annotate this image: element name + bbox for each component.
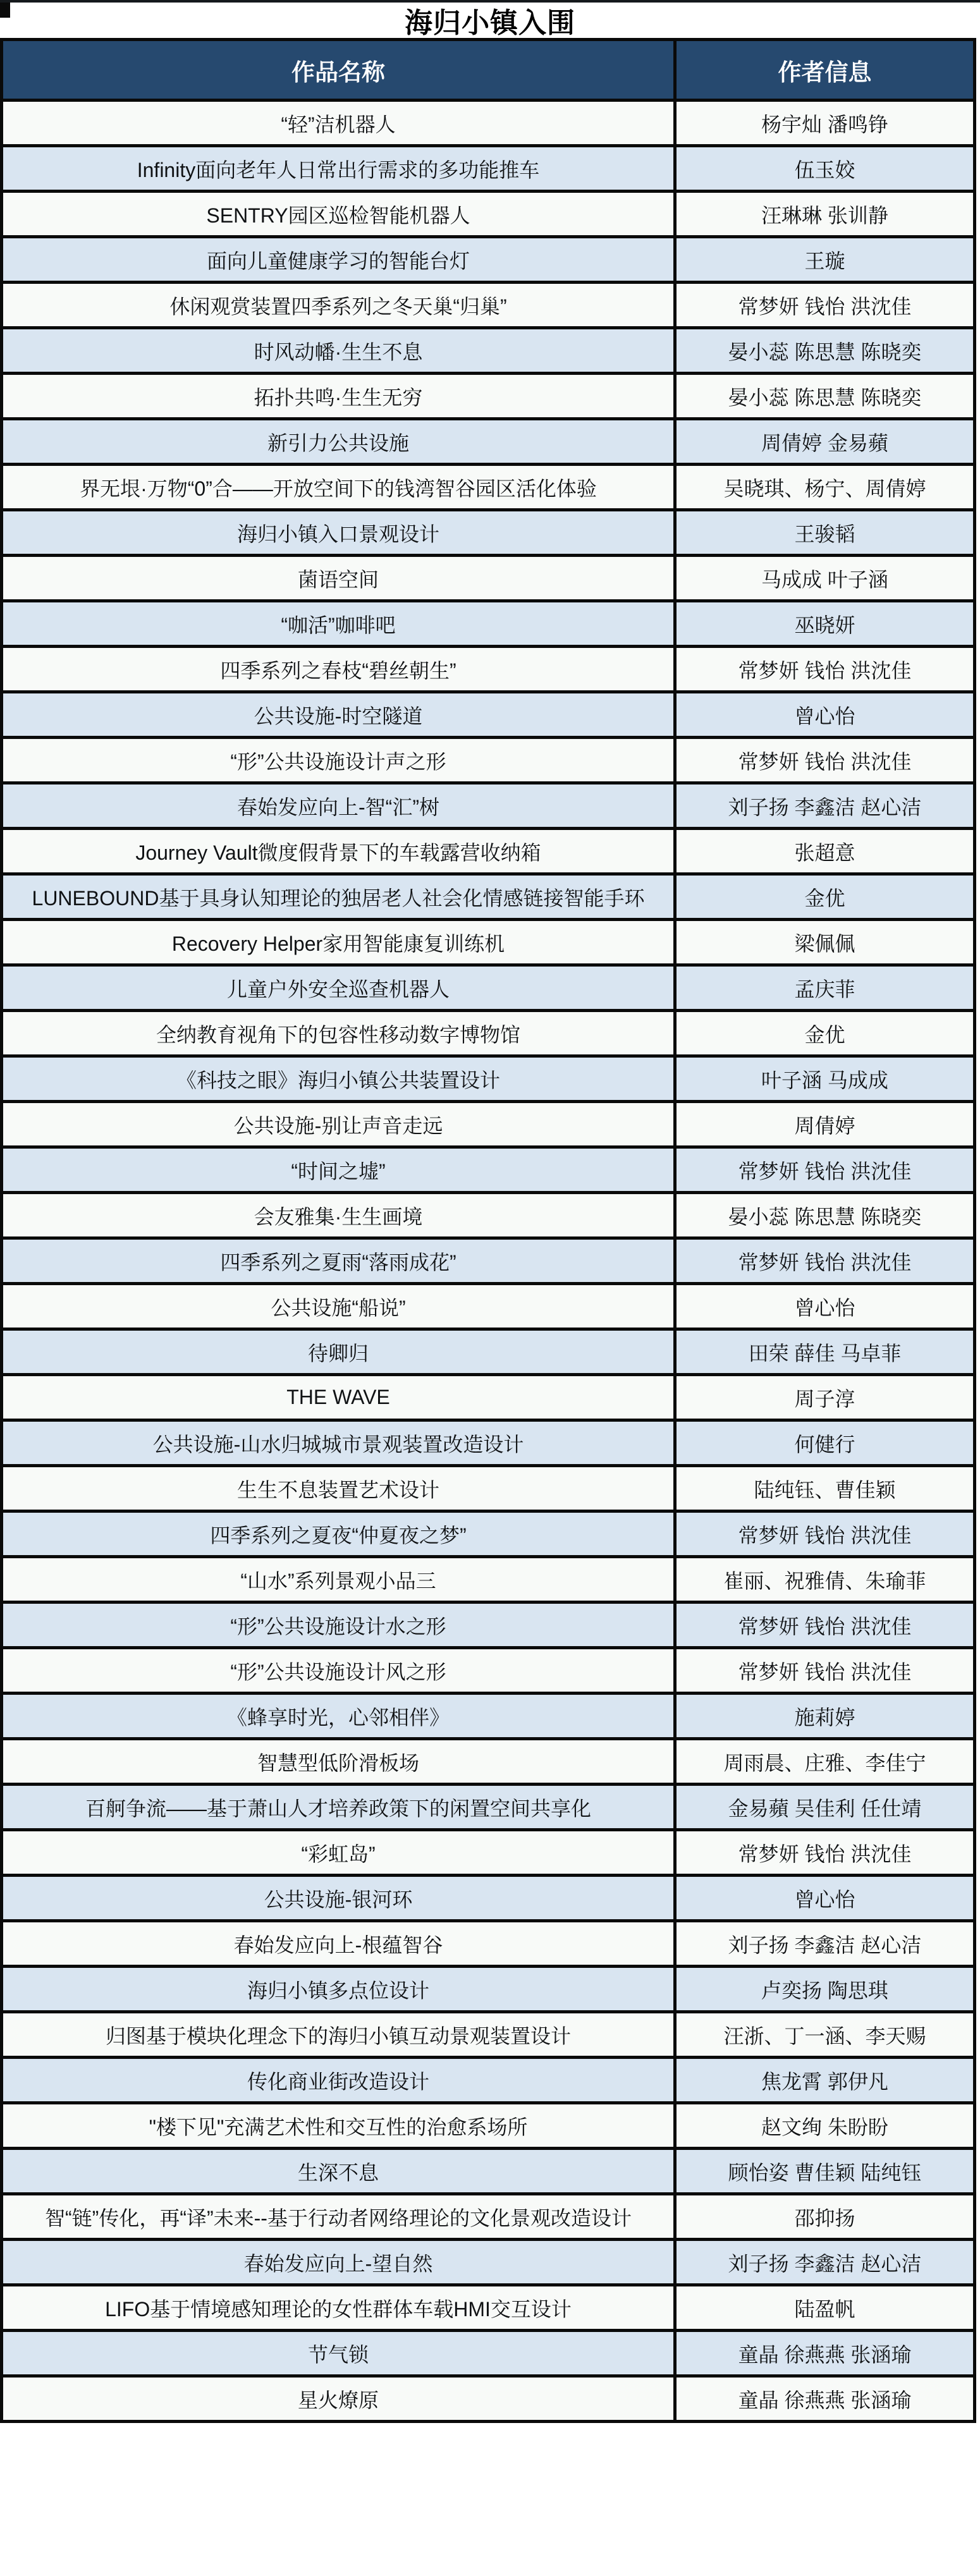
table-row: 生深不息 顾怡姿 曹佳颖 陆纯钰 <box>2 2149 975 2194</box>
work-name-cell: “轻”洁机器人 <box>2 101 675 146</box>
table-row: 新引力公共设施 周倩婷 金易蘋 <box>2 419 975 465</box>
work-name-cell: 百舸争流——基于萧山人才培养政策下的闲置空间共享化 <box>2 1785 675 1830</box>
work-name-cell: 公共设施-银河环 <box>2 1876 675 1921</box>
work-name-cell: Recovery Helper家用智能康复训练机 <box>2 920 675 965</box>
work-name-cell: 公共设施“船说” <box>2 1284 675 1329</box>
work-name-cell: 菌语空间 <box>2 556 675 601</box>
table-row: 归图基于模块化理念下的海归小镇互动景观装置设计 汪浙、丁一涵、李天赐 <box>2 2012 975 2058</box>
author-info-cell: 周倩婷 <box>675 1102 974 1147</box>
table-row: 春始发应向上-望自然 刘子扬 李鑫洁 赵心洁 <box>2 2240 975 2285</box>
author-info-cell: 晏小蕊 陈思慧 陈晓奕 <box>675 374 974 419</box>
author-info-cell: 卢奕扬 陶思琪 <box>675 1967 974 2012</box>
table-row: “咖活”咖啡吧 巫晓妍 <box>2 601 975 647</box>
work-name-cell: 生生不息装置艺术设计 <box>2 1466 675 1511</box>
table-row: 公共设施-银河环 曾心怡 <box>2 1876 975 1921</box>
work-name-cell: 新引力公共设施 <box>2 419 675 465</box>
author-info-cell: 常梦妍 钱怡 洪沈佳 <box>675 1648 974 1694</box>
work-name-cell: 公共设施-别让声音走远 <box>2 1102 675 1147</box>
table-row: Journey Vault微度假背景下的车载露营收纳箱 张超意 <box>2 829 975 874</box>
author-info-cell: 周子淳 <box>675 1375 974 1420</box>
table-body: “轻”洁机器人 杨宇灿 潘鸣铮 Infinity面向老年人日常出行需求的多功能推… <box>2 101 975 2422</box>
table-row: 全纳教育视角下的包容性移动数字博物馆 金优 <box>2 1011 975 1056</box>
work-name-cell: “彩虹岛” <box>2 1830 675 1876</box>
work-name-cell: 四季系列之夏夜“仲夏夜之梦” <box>2 1511 675 1557</box>
work-name-cell: 智慧型低阶滑板场 <box>2 1739 675 1785</box>
author-info-cell: 施莉婷 <box>675 1694 974 1739</box>
work-name-cell: 星火燎原 <box>2 2376 675 2422</box>
author-info-cell: 叶子涵 马成成 <box>675 1056 974 1102</box>
table-row: 四季系列之春枝“碧丝朝生” 常梦妍 钱怡 洪沈佳 <box>2 647 975 692</box>
work-name-cell: 休闲观赏装置四季系列之冬天巢“归巢” <box>2 283 675 328</box>
author-info-cell: 常梦妍 钱怡 洪沈佳 <box>675 1511 974 1557</box>
author-info-cell: 顾怡姿 曹佳颖 陆纯钰 <box>675 2149 974 2194</box>
author-info-cell: 焦龙霄 郭伊凡 <box>675 2058 974 2103</box>
author-info-cell: 陆盈帆 <box>675 2285 974 2331</box>
work-name-cell: “咖活”咖啡吧 <box>2 601 675 647</box>
table-row: 四季系列之夏夜“仲夏夜之梦” 常梦妍 钱怡 洪沈佳 <box>2 1511 975 1557</box>
work-name-cell: “形”公共设施设计声之形 <box>2 738 675 783</box>
table-row: "楼下见"充满艺术性和交互性的治愈系场所 赵文绚 朱盼盼 <box>2 2103 975 2149</box>
author-info-cell: 常梦妍 钱怡 洪沈佳 <box>675 647 974 692</box>
corner-mark <box>0 3 10 18</box>
author-info-cell: 赵文绚 朱盼盼 <box>675 2103 974 2149</box>
work-name-cell: “形”公共设施设计风之形 <box>2 1648 675 1694</box>
table-row: 《蜂享时光，心邻相伴》 施莉婷 <box>2 1694 975 1739</box>
work-name-cell: SENTRY园区巡检智能机器人 <box>2 192 675 237</box>
table-row: “彩虹岛” 常梦妍 钱怡 洪沈佳 <box>2 1830 975 1876</box>
author-info-cell: 周雨晨、庄雅、李佳宁 <box>675 1739 974 1785</box>
author-info-cell: 常梦妍 钱怡 洪沈佳 <box>675 1830 974 1876</box>
author-info-cell: 常梦妍 钱怡 洪沈佳 <box>675 1238 974 1284</box>
author-info-cell: 马成成 叶子涵 <box>675 556 974 601</box>
author-info-cell: 金易蘋 吴佳利 任仕靖 <box>675 1785 974 1830</box>
author-info-cell: 周倩婷 金易蘋 <box>675 419 974 465</box>
author-info-cell: 王璇 <box>675 237 974 283</box>
work-name-cell: 公共设施-山水归城城市景观装置改造设计 <box>2 1420 675 1466</box>
col-header-author-info: 作者信息 <box>675 40 974 101</box>
table-row: 春始发应向上-根蕴智谷 刘子扬 李鑫洁 赵心洁 <box>2 1921 975 1967</box>
table-row: 海归小镇多点位设计 卢奕扬 陶思琪 <box>2 1967 975 2012</box>
work-name-cell: "楼下见"充满艺术性和交互性的治愈系场所 <box>2 2103 675 2149</box>
author-info-cell: 刘子扬 李鑫洁 赵心洁 <box>675 1921 974 1967</box>
author-info-cell: 曾心怡 <box>675 1876 974 1921</box>
author-info-cell: 晏小蕊 陈思慧 陈晓奕 <box>675 1193 974 1238</box>
shortlist-table: 作品名称 作者信息 “轻”洁机器人 杨宇灿 潘鸣铮 Infinity面向老年人日… <box>0 38 976 2423</box>
table-row: 公共设施“船说” 曾心怡 <box>2 1284 975 1329</box>
header-row: 作品名称 作者信息 <box>2 40 975 101</box>
table-row: LIFO基于情境感知理论的女性群体车载HMI交互设计 陆盈帆 <box>2 2285 975 2331</box>
work-name-cell: 春始发应向上-望自然 <box>2 2240 675 2285</box>
author-info-cell: 常梦妍 钱怡 洪沈佳 <box>675 1147 974 1193</box>
author-info-cell: 常梦妍 钱怡 洪沈佳 <box>675 283 974 328</box>
author-info-cell: 金优 <box>675 1011 974 1056</box>
table-row: THE WAVE 周子淳 <box>2 1375 975 1420</box>
page: 海归小镇入围 作品名称 作者信息 “轻”洁机器人 杨宇灿 潘鸣铮 Infinit… <box>0 0 980 2423</box>
author-info-cell: 梁佩佩 <box>675 920 974 965</box>
table-row: Recovery Helper家用智能康复训练机 梁佩佩 <box>2 920 975 965</box>
work-name-cell: 《科技之眼》海归小镇公共装置设计 <box>2 1056 675 1102</box>
table-row: “时间之墟” 常梦妍 钱怡 洪沈佳 <box>2 1147 975 1193</box>
table-row: 生生不息装置艺术设计 陆纯钰、曹佳颖 <box>2 1466 975 1511</box>
work-name-cell: 春始发应向上-根蕴智谷 <box>2 1921 675 1967</box>
work-name-cell: 节气锁 <box>2 2331 675 2376</box>
table-row: SENTRY园区巡检智能机器人 汪琳琳 张训静 <box>2 192 975 237</box>
table-row: 拓扑共鸣·生生无穷 晏小蕊 陈思慧 陈晓奕 <box>2 374 975 419</box>
author-info-cell: 陆纯钰、曹佳颖 <box>675 1466 974 1511</box>
table-row: 界无垠·万物“0”合——开放空间下的钱湾智谷园区活化体验 吴晓琪、杨宁、周倩婷 <box>2 465 975 510</box>
table-row: 时风动幡·生生不息 晏小蕊 陈思慧 陈晓奕 <box>2 328 975 374</box>
table-row: LUNEBOUND基于具身认知理论的独居老人社会化情感链接智能手环 金优 <box>2 874 975 920</box>
work-name-cell: 四季系列之夏雨“落雨成花” <box>2 1238 675 1284</box>
table-row: 儿童户外安全巡查机器人 孟庆菲 <box>2 965 975 1011</box>
author-info-cell: 田荣 薛佳 马卓菲 <box>675 1329 974 1375</box>
work-name-cell: LIFO基于情境感知理论的女性群体车载HMI交互设计 <box>2 2285 675 2331</box>
table-row: “山水”系列景观小品三 崔丽、祝雅倩、朱瑜菲 <box>2 1557 975 1602</box>
table-row: 节气锁 童晶 徐燕燕 张涵瑜 <box>2 2331 975 2376</box>
table-row: 菌语空间 马成成 叶子涵 <box>2 556 975 601</box>
table-row: “轻”洁机器人 杨宇灿 潘鸣铮 <box>2 101 975 146</box>
work-name-cell: 拓扑共鸣·生生无穷 <box>2 374 675 419</box>
work-name-cell: 归图基于模块化理念下的海归小镇互动景观装置设计 <box>2 2012 675 2058</box>
table-row: 《科技之眼》海归小镇公共装置设计 叶子涵 马成成 <box>2 1056 975 1102</box>
work-name-cell: 面向儿童健康学习的智能台灯 <box>2 237 675 283</box>
col-header-work-name: 作品名称 <box>2 40 675 101</box>
table-row: “形”公共设施设计声之形 常梦妍 钱怡 洪沈佳 <box>2 738 975 783</box>
page-title: 海归小镇入围 <box>0 3 980 38</box>
work-name-cell: 界无垠·万物“0”合——开放空间下的钱湾智谷园区活化体验 <box>2 465 675 510</box>
author-info-cell: 童晶 徐燕燕 张涵瑜 <box>675 2376 974 2422</box>
author-info-cell: 汪琳琳 张训静 <box>675 192 974 237</box>
author-info-cell: 常梦妍 钱怡 洪沈佳 <box>675 1602 974 1648</box>
table-row: 百舸争流——基于萧山人才培养政策下的闲置空间共享化 金易蘋 吴佳利 任仕靖 <box>2 1785 975 1830</box>
work-name-cell: 春始发应向上-智“汇”树 <box>2 783 675 829</box>
table-row: “形”公共设施设计水之形 常梦妍 钱怡 洪沈佳 <box>2 1602 975 1648</box>
work-name-cell: 待卿归 <box>2 1329 675 1375</box>
work-name-cell: 海归小镇多点位设计 <box>2 1967 675 2012</box>
author-info-cell: 王骏韬 <box>675 510 974 556</box>
table-row: 休闲观赏装置四季系列之冬天巢“归巢” 常梦妍 钱怡 洪沈佳 <box>2 283 975 328</box>
author-info-cell: 汪浙、丁一涵、李天赐 <box>675 2012 974 2058</box>
work-name-cell: 全纳教育视角下的包容性移动数字博物馆 <box>2 1011 675 1056</box>
work-name-cell: 传化商业街改造设计 <box>2 2058 675 2103</box>
work-name-cell: Journey Vault微度假背景下的车载露营收纳箱 <box>2 829 675 874</box>
table-row: 智慧型低阶滑板场 周雨晨、庄雅、李佳宁 <box>2 1739 975 1785</box>
work-name-cell: “山水”系列景观小品三 <box>2 1557 675 1602</box>
author-info-cell: 杨宇灿 潘鸣铮 <box>675 101 974 146</box>
author-info-cell: 张超意 <box>675 829 974 874</box>
work-name-cell: “时间之墟” <box>2 1147 675 1193</box>
table-row: 公共设施-别让声音走远 周倩婷 <box>2 1102 975 1147</box>
author-info-cell: 巫晓妍 <box>675 601 974 647</box>
work-name-cell: LUNEBOUND基于具身认知理论的独居老人社会化情感链接智能手环 <box>2 874 675 920</box>
table-row: 智“链”传化，再“译”未来--基于行动者网络理论的文化景观改造设计 邵抑扬 <box>2 2194 975 2240</box>
table-row: Infinity面向老年人日常出行需求的多功能推车 伍玉姣 <box>2 146 975 192</box>
table-row: 传化商业街改造设计 焦龙霄 郭伊凡 <box>2 2058 975 2103</box>
author-info-cell: 何健行 <box>675 1420 974 1466</box>
author-info-cell: 崔丽、祝雅倩、朱瑜菲 <box>675 1557 974 1602</box>
work-name-cell: 儿童户外安全巡查机器人 <box>2 965 675 1011</box>
work-name-cell: 生深不息 <box>2 2149 675 2194</box>
work-name-cell: “形”公共设施设计水之形 <box>2 1602 675 1648</box>
work-name-cell: 四季系列之春枝“碧丝朝生” <box>2 647 675 692</box>
author-info-cell: 邵抑扬 <box>675 2194 974 2240</box>
author-info-cell: 伍玉姣 <box>675 146 974 192</box>
work-name-cell: 智“链”传化，再“译”未来--基于行动者网络理论的文化景观改造设计 <box>2 2194 675 2240</box>
table-row: “形”公共设施设计风之形 常梦妍 钱怡 洪沈佳 <box>2 1648 975 1694</box>
work-name-cell: THE WAVE <box>2 1375 675 1420</box>
author-info-cell: 曾心怡 <box>675 692 974 738</box>
table-row: 四季系列之夏雨“落雨成花” 常梦妍 钱怡 洪沈佳 <box>2 1238 975 1284</box>
table-row: 星火燎原 童晶 徐燕燕 张涵瑜 <box>2 2376 975 2422</box>
table-header: 作品名称 作者信息 <box>2 40 975 101</box>
work-name-cell: 《蜂享时光，心邻相伴》 <box>2 1694 675 1739</box>
work-name-cell: 会友雅集·生生画境 <box>2 1193 675 1238</box>
table-row: 公共设施-时空隧道 曾心怡 <box>2 692 975 738</box>
work-name-cell: 时风动幡·生生不息 <box>2 328 675 374</box>
table-row: 面向儿童健康学习的智能台灯 王璇 <box>2 237 975 283</box>
work-name-cell: 海归小镇入口景观设计 <box>2 510 675 556</box>
author-info-cell: 童晶 徐燕燕 张涵瑜 <box>675 2331 974 2376</box>
author-info-cell: 吴晓琪、杨宁、周倩婷 <box>675 465 974 510</box>
author-info-cell: 金优 <box>675 874 974 920</box>
table-row: 公共设施-山水归城城市景观装置改造设计 何健行 <box>2 1420 975 1466</box>
table-row: 海归小镇入口景观设计 王骏韬 <box>2 510 975 556</box>
author-info-cell: 刘子扬 李鑫洁 赵心洁 <box>675 2240 974 2285</box>
author-info-cell: 曾心怡 <box>675 1284 974 1329</box>
work-name-cell: Infinity面向老年人日常出行需求的多功能推车 <box>2 146 675 192</box>
work-name-cell: 公共设施-时空隧道 <box>2 692 675 738</box>
author-info-cell: 常梦妍 钱怡 洪沈佳 <box>675 738 974 783</box>
author-info-cell: 刘子扬 李鑫洁 赵心洁 <box>675 783 974 829</box>
author-info-cell: 晏小蕊 陈思慧 陈晓奕 <box>675 328 974 374</box>
table-row: 会友雅集·生生画境 晏小蕊 陈思慧 陈晓奕 <box>2 1193 975 1238</box>
author-info-cell: 孟庆菲 <box>675 965 974 1011</box>
table-row: 春始发应向上-智“汇”树 刘子扬 李鑫洁 赵心洁 <box>2 783 975 829</box>
table-row: 待卿归 田荣 薛佳 马卓菲 <box>2 1329 975 1375</box>
